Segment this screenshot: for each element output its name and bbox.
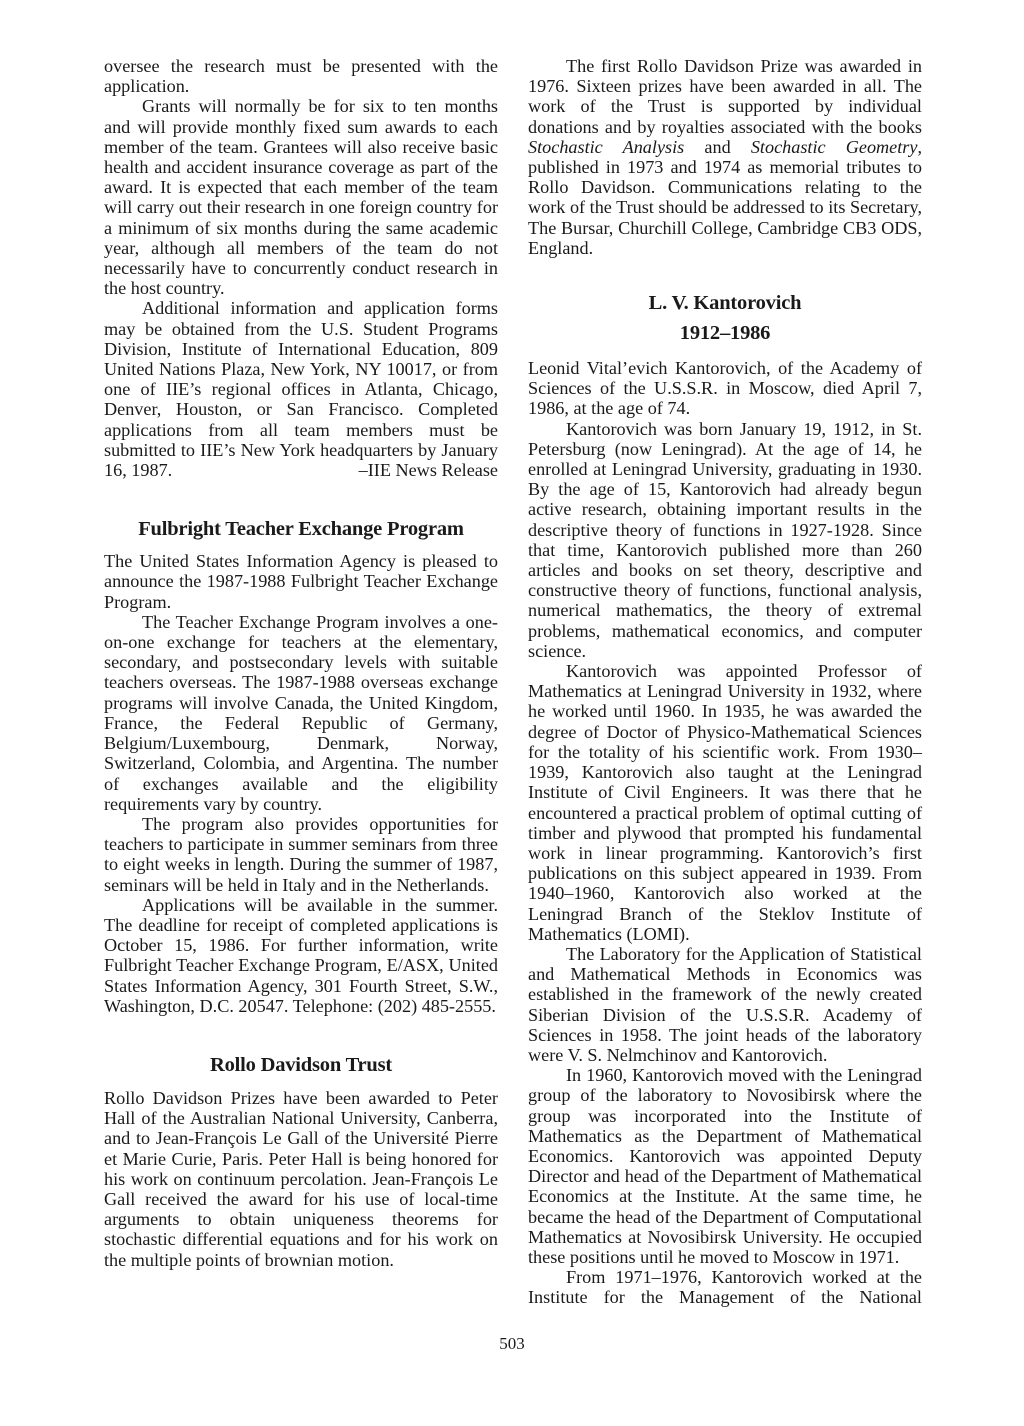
paragraph-text: Additional information and application f… [104, 298, 498, 480]
book-title: Stochastic Analysis [528, 137, 684, 157]
paragraph: The Teacher Exchange Program involves a … [104, 612, 498, 814]
paragraph: Kantorovich was appointed Professor of M… [528, 661, 922, 944]
rollo-davidson-continuation: The first Rollo Davidson Prize was award… [528, 56, 922, 258]
kantorovich-obituary: L. V. Kantorovich 1912–1986 Leonid Vital… [528, 288, 922, 1308]
paragraph: Rollo Davidson Prizes have been awarded … [104, 1088, 498, 1270]
paragraph: The first Rollo Davidson Prize was award… [528, 56, 922, 258]
book-title: Stochastic Geometry [751, 137, 918, 157]
paragraph: Applications will be available in the su… [104, 895, 498, 1016]
heading-years: 1912–1986 [680, 322, 770, 344]
section-heading: Rollo Davidson Trust [104, 1050, 498, 1080]
paragraph: The program also provides opportunities … [104, 814, 498, 895]
paragraph: Grants will normally be for six to ten m… [104, 96, 498, 298]
paragraph: Leonid Vital’evich Kantorovich, of the A… [528, 358, 922, 419]
paragraph: Kantorovich was born January 19, 1912, i… [528, 419, 922, 661]
paragraph-text: The first Rollo Davidson Prize was award… [528, 56, 922, 137]
paragraph: In 1960, Kantorovich moved with the Leni… [528, 1065, 922, 1267]
section-heading: L. V. Kantorovich 1912–1986 [528, 288, 922, 348]
heading-name: L. V. Kantorovich [649, 292, 802, 314]
iie-article-continuation: oversee the research must be presented w… [104, 56, 498, 480]
fulbright-article: Fulbright Teacher Exchange Program The U… [104, 514, 498, 1016]
page-number: 503 [0, 1334, 1024, 1354]
paragraph: The United States Information Agency is … [104, 551, 498, 612]
source-attribution: –IIE News Release [321, 460, 498, 480]
paragraph: From 1971–1976, Kantorovich worked at th… [528, 1267, 922, 1307]
paragraph-text: and [684, 137, 751, 157]
left-column: oversee the research must be presented w… [104, 56, 498, 1270]
right-column: The first Rollo Davidson Prize was award… [528, 56, 922, 1308]
section-heading: Fulbright Teacher Exchange Program [104, 514, 498, 544]
paragraph: oversee the research must be presented w… [104, 56, 498, 96]
rollo-davidson-article: Rollo Davidson Trust Rollo Davidson Priz… [104, 1050, 498, 1270]
paragraph: The Laboratory for the Application of St… [528, 944, 922, 1065]
paragraph: Additional information and application f… [104, 298, 498, 480]
